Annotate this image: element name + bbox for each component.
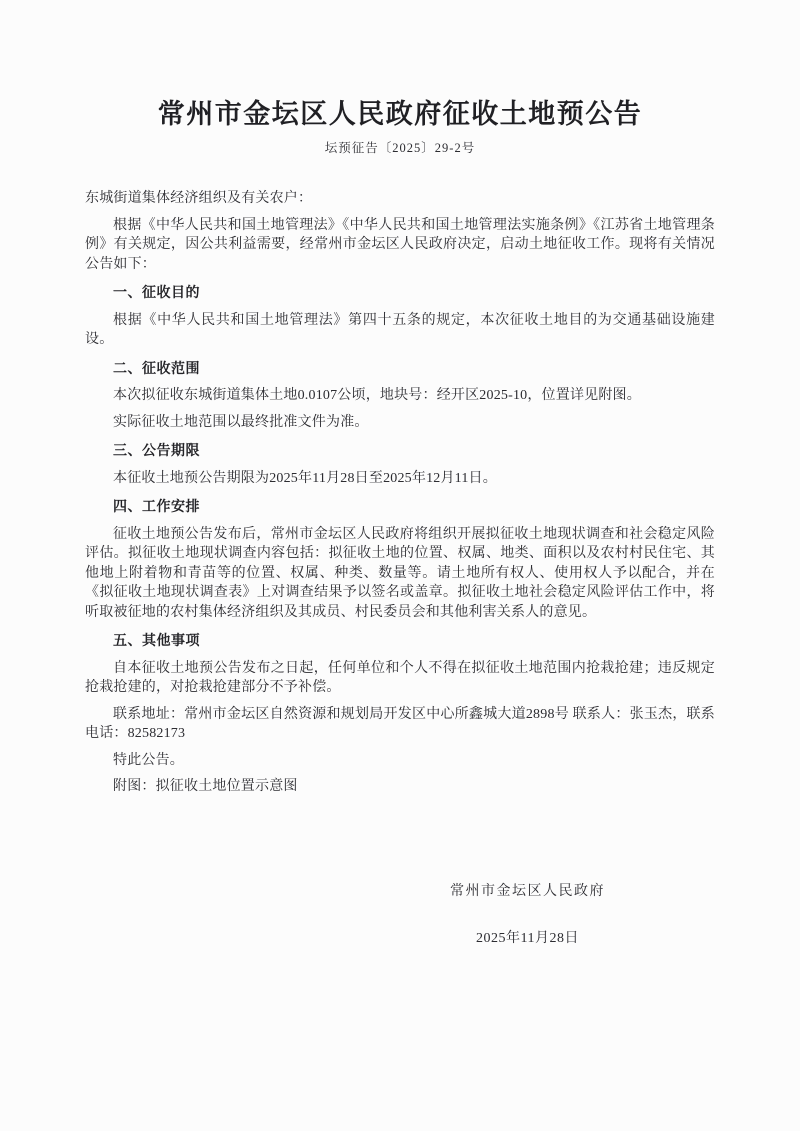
section-2-paragraph-1: 本次拟征收东城街道集体土地0.0107公顷，地块号：经开区2025-10，位置详… (85, 386, 715, 406)
sections: 一、征收目的根据《中华人民共和国土地管理法》第四十五条的规定，本次征收土地目的为… (85, 284, 715, 797)
section-5-paragraph-3: 特此公告。 (85, 751, 715, 771)
document-page: 常州市金坛区人民政府征收土地预公告 坛预征告〔2025〕29-2号 东城街道集体… (0, 0, 800, 1131)
signature-inner: 常州市金坛区人民政府 2025年11月28日 (450, 882, 605, 949)
section-2-heading: 二、征收范围 (85, 360, 715, 380)
section-5-paragraph-4: 附图：拟征收土地位置示意图 (85, 777, 715, 797)
section-3-paragraph-1: 本征收土地预公告期限为2025年11月28日至2025年12月11日。 (85, 469, 715, 489)
document-title: 常州市金坛区人民政府征收土地预公告 (85, 97, 715, 132)
signature-date: 2025年11月28日 (450, 929, 605, 949)
section-5-paragraph-2: 联系地址：常州市金坛区自然资源和规划局开发区中心所鑫城大道2898号 联系人：张… (85, 705, 715, 744)
section-5-heading: 五、其他事项 (85, 632, 715, 652)
section-1-paragraph-1: 根据《中华人民共和国土地管理法》第四十五条的规定，本次征收土地目的为交通基础设施… (85, 311, 715, 350)
section-2-paragraph-2: 实际征收土地范围以最终批准文件为准。 (85, 413, 715, 433)
section-4-paragraph-1: 征收土地预公告发布后，常州市金坛区人民政府将组织开展拟征收土地现状调查和社会稳定… (85, 525, 715, 623)
section-1-heading: 一、征收目的 (85, 284, 715, 304)
section-4-heading: 四、工作安排 (85, 498, 715, 518)
intro-paragraph: 根据《中华人民共和国土地管理法》《中华人民共和国土地管理法实施条例》《江苏省土地… (85, 216, 715, 275)
section-3-heading: 三、公告期限 (85, 442, 715, 462)
section-5-paragraph-1: 自本征收土地预公告发布之日起，任何单位和个人不得在拟征收土地范围内抢栽抢建；违反… (85, 659, 715, 698)
signature-issuer: 常州市金坛区人民政府 (450, 882, 605, 902)
salutation: 东城街道集体经济组织及有关农户： (85, 189, 715, 209)
document-number: 坛预征告〔2025〕29-2号 (85, 140, 715, 157)
signature-block: 常州市金坛区人民政府 2025年11月28日 (85, 882, 715, 949)
